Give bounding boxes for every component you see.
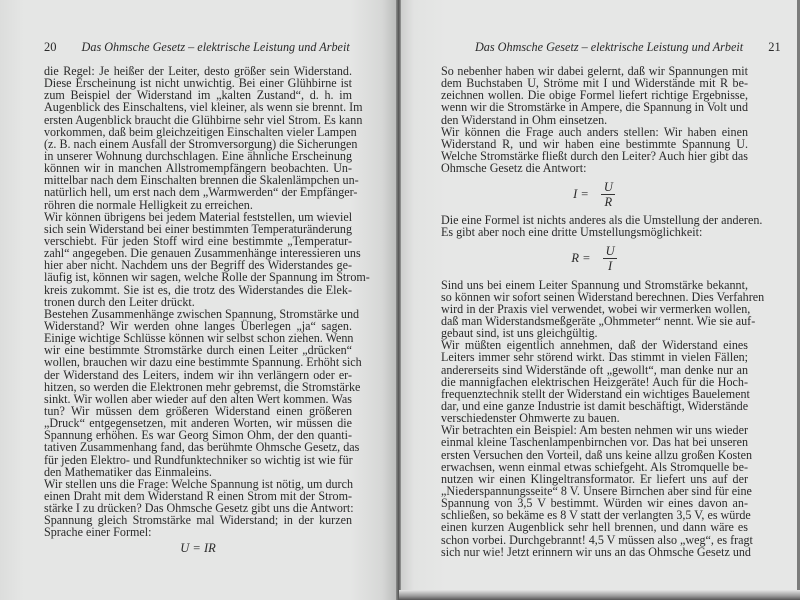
book-spine (396, 0, 401, 600)
text-line: für jeden Elektro- und Rundfunktechniker… (44, 454, 352, 466)
text-line: Sprache einer Formel: (44, 526, 352, 538)
text-line: wollen, brauchen wir dazu eine bestimmte… (44, 356, 352, 368)
text-line: Wir können übrigens bei jedem Material f… (44, 211, 352, 223)
left-page: 20 Das Ohmsche Gesetz – elektrische Leis… (0, 0, 398, 600)
running-head-left: Das Ohmsche Gesetz – elektrische Leistun… (82, 40, 350, 54)
running-head-right: Das Ohmsche Gesetz – elektrische Leistun… (475, 40, 743, 54)
text-line: Augenblick des Einschaltens, viel kleine… (44, 101, 352, 113)
text-line: Sind uns bei einem Leiter Spannung und S… (441, 279, 748, 291)
text-line: röhren die normale Helligkeit zu erreich… (44, 199, 352, 211)
page-bottom-shadow (399, 590, 800, 600)
text-line: den Mathematiker das Einmaleins. (44, 466, 352, 478)
book-spread: 20 Das Ohmsche Gesetz – elektrische Leis… (0, 0, 800, 600)
text-line: hitzen, so werden die Elektronen mehr ge… (44, 381, 352, 393)
text-line: die mannigfachen elektrischen Heizgeräte… (441, 376, 748, 388)
fraction-numerator: U (603, 244, 618, 258)
right-running-header: Das Ohmsche Gesetz – elektrische Leistun… (475, 40, 781, 54)
text-line: ersten Versuchen den Vorteil, daß uns ke… (441, 449, 748, 461)
text-line: einen kurzen Augenblick sehr hell brenne… (441, 521, 748, 533)
formula-r-equals-u-over-i: R = U I (441, 239, 748, 279)
text-line: der Widerstand des Leiters, indem wir ih… (44, 369, 352, 381)
formula-u-equals-ir: U = IR (44, 538, 352, 556)
text-line: ersten Augenblick braucht die Glühbirne … (44, 114, 352, 126)
text-line: läufig ist, können wir sagen, welche Rol… (44, 271, 352, 283)
text-line: schon vorbei. Durchgebrannt! 4,5 V müsse… (441, 534, 748, 546)
text-block-3: Sind uns bei einem Leiter Spannung und S… (441, 279, 748, 558)
text-line: den Widerstand in Ohm einsetzen. (441, 114, 748, 126)
text-line: sich nur wie! Jetzt erinnern wir uns an … (441, 546, 748, 558)
text-line: einmal kleine Taschenlampenbirnchen vor.… (441, 436, 748, 448)
left-running-header: 20 Das Ohmsche Gesetz – elektrische Leis… (44, 40, 350, 54)
right-page-body: So nebenher haben wir dabei gelernt, daß… (441, 65, 748, 558)
page-number-right: 21 (768, 40, 781, 54)
left-page-body: die Regel: Je heißer der Leiter, desto g… (44, 65, 352, 556)
fraction: U I (603, 244, 618, 273)
text-line: Leiters immer sehr störend wirkt. Das st… (441, 351, 748, 363)
text-block-2: Die eine Formel ist nichts anderes als d… (441, 214, 748, 238)
text-line: Es gibt aber noch eine dritte Umstellung… (441, 226, 748, 238)
right-page: Das Ohmsche Gesetz – elektrische Leistun… (398, 0, 800, 600)
text-line: kreis zukommt. Sie ist es, die trotz des… (44, 284, 352, 296)
fraction: U R (601, 180, 616, 209)
fraction-denominator: I (605, 259, 615, 273)
text-line: tronen durch den Leiter drückt. (44, 296, 352, 308)
page-number-left: 20 (44, 40, 57, 54)
text-line: erwachsen, wenn einmal etwas schiefgeht.… (441, 461, 748, 473)
text-line: andererseits sind Widerstände oft „gewol… (441, 364, 748, 376)
fraction-denominator: R (602, 195, 616, 209)
formula-lhs: R = (571, 252, 590, 264)
fraction-numerator: U (601, 180, 616, 194)
text-line: so können wir sofort seinen Widerstand b… (441, 291, 748, 303)
text-block-1: So nebenher haben wir dabei gelernt, daß… (441, 65, 748, 174)
formula-lhs: I = (573, 188, 589, 200)
text-line: natürlich hell, um erst nach dem „Warmwe… (44, 186, 352, 198)
text-line: tativen Zusammenhang fand, das berühmte … (44, 441, 352, 453)
text-line: Ohmsche Gesetz die Antwort: (441, 162, 748, 174)
text-line: wenn wir die Stromstärke in Ampere, die … (441, 101, 748, 113)
formula-i-equals-u-over-r: I = U R (441, 174, 748, 214)
